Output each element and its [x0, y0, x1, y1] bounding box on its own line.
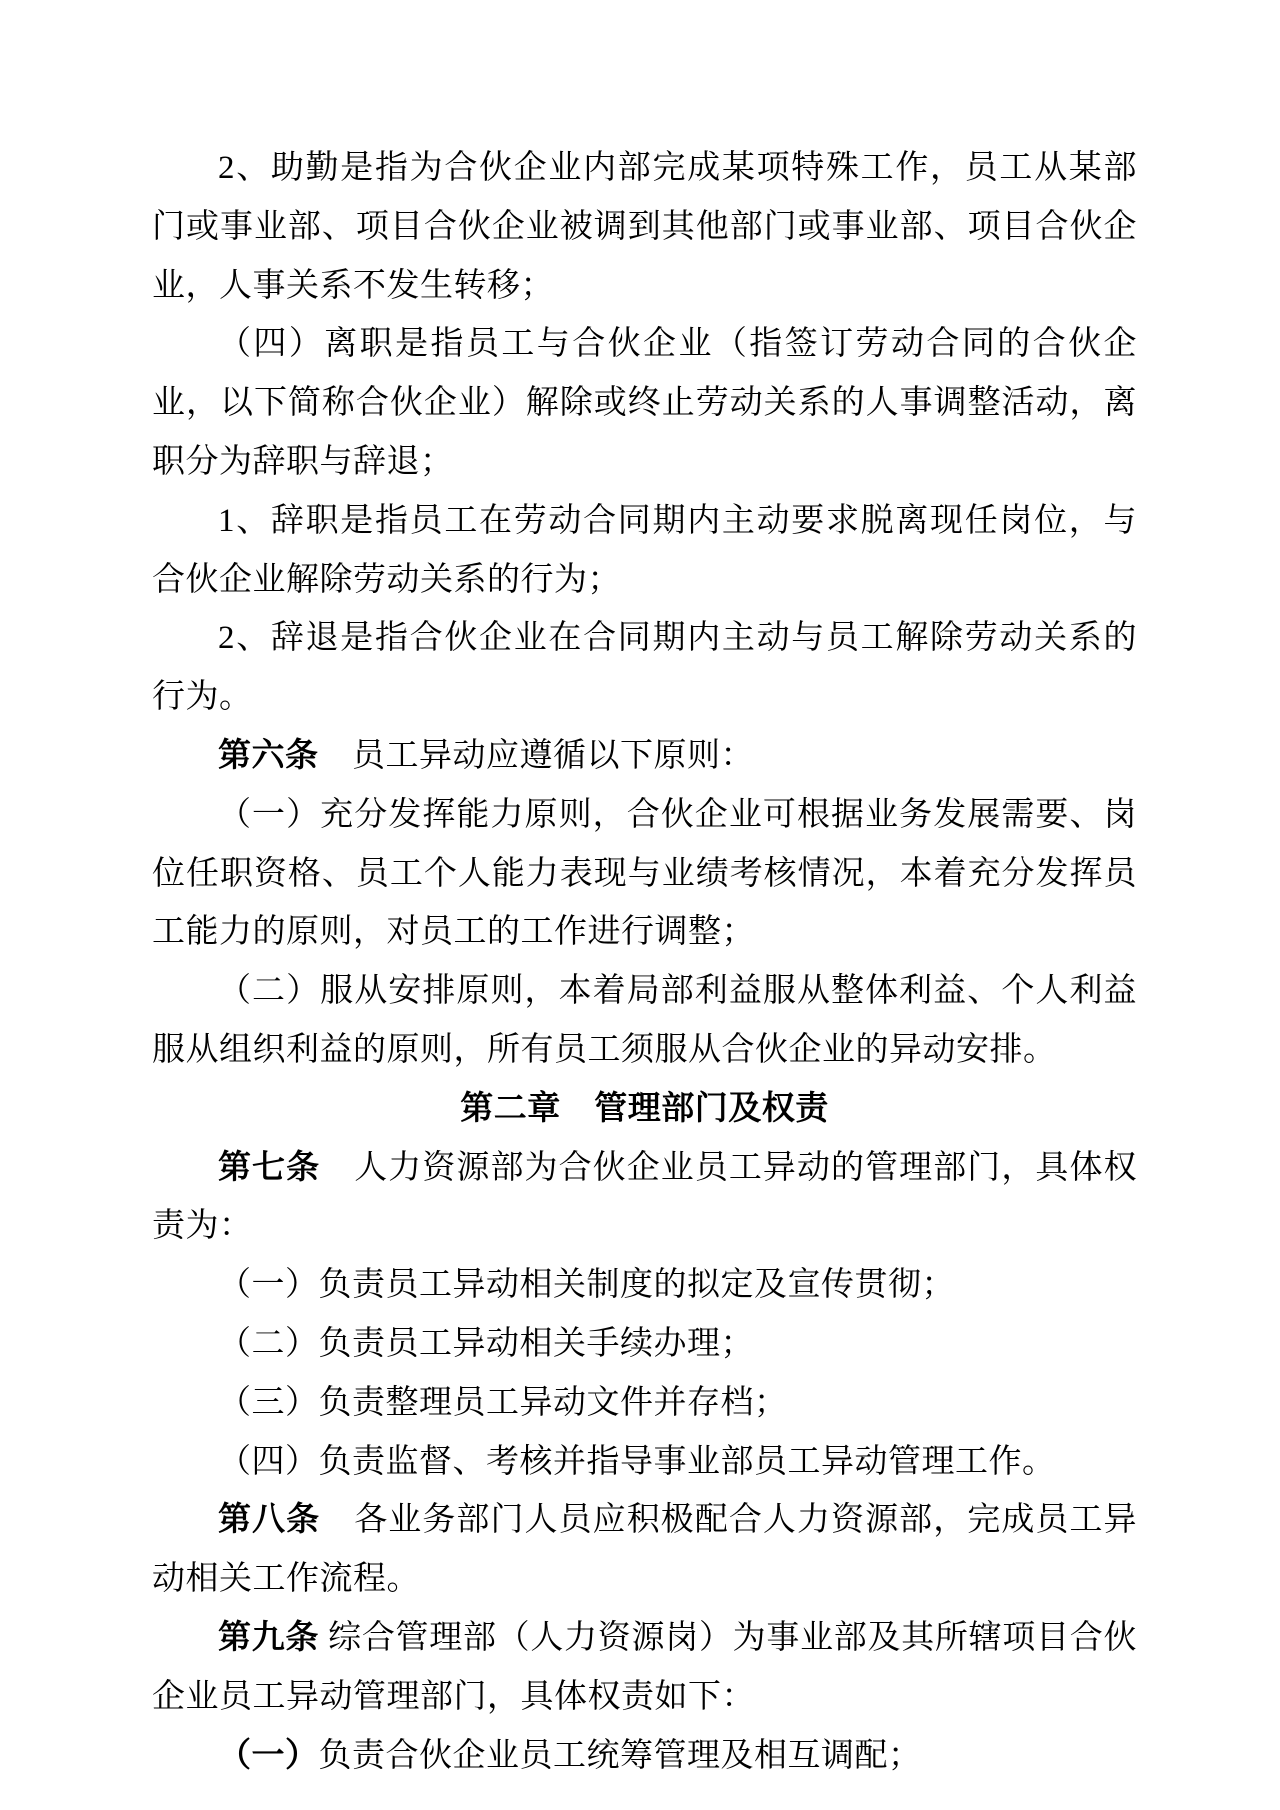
bold-text-run: 第二章 管理部门及权责 [460, 1091, 829, 1127]
paragraph: （二）服从安排原则，本着局部利益服从整体利益、个人利益服从组织利益的原则，所有员… [152, 962, 1137, 1080]
text-run: 2、助勤是指为合伙企业内部完成某项特殊工作，员工从某部门或事业部、项目合伙企业被… [152, 150, 1137, 304]
text-run: 员工异动应遵循以下原则： [319, 738, 755, 774]
paragraph: 第九条 综合管理部（人力资源岗）为事业部及其所辖项目合伙企业员工异动管理部门，具… [152, 1609, 1137, 1727]
text-run: （一）充分发挥能力原则，合伙企业可根据业务发展需要、岗位任职资格、员工个人能力表… [152, 797, 1137, 951]
document-page: 2、助勤是指为合伙企业内部完成某项特殊工作，员工从某部门或事业部、项目合伙企业被… [0, 0, 1280, 1810]
text-run: 负责合伙企业员工统筹管理及相互调配； [319, 1738, 922, 1774]
bold-text-run: 第七条 [218, 1150, 320, 1186]
document-body: 2、助勤是指为合伙企业内部完成某项特殊工作，员工从某部门或事业部、项目合伙企业被… [152, 139, 1137, 1785]
paragraph: （一）负责合伙企业员工统筹管理及相互调配； [152, 1727, 1137, 1786]
paragraph: （一）负责员工异动相关制度的拟定及宣传贯彻； [152, 1256, 1137, 1315]
text-run: （四）离职是指员工与合伙企业（指签订劳动合同的合伙企业，以下简称合伙企业）解除或… [152, 326, 1137, 480]
text-run: （三）负责整理员工异动文件并存档； [218, 1385, 788, 1421]
paragraph: （一）充分发挥能力原则，合伙企业可根据业务发展需要、岗位任职资格、员工个人能力表… [152, 786, 1137, 962]
paragraph: （四）负责监督、考核并指导事业部员工异动管理工作。 [152, 1433, 1137, 1492]
paragraph: （二）负责员工异动相关手续办理； [152, 1315, 1137, 1374]
text-run: 2、辞退是指合伙企业在合同期内主动与员工解除劳动关系的行为。 [152, 620, 1137, 715]
paragraph: 2、辞退是指合伙企业在合同期内主动与员工解除劳动关系的行为。 [152, 609, 1137, 727]
bold-text-run: 第六条 [218, 738, 319, 774]
paragraph: （四）离职是指员工与合伙企业（指签订劳动合同的合伙企业，以下简称合伙企业）解除或… [152, 315, 1137, 491]
paragraph: 1、辞职是指员工在劳动合同期内主动要求脱离现任岗位，与合伙企业解除劳动关系的行为… [152, 492, 1137, 610]
paragraph: 第六条 员工异动应遵循以下原则： [152, 727, 1137, 786]
paragraph: 2、助勤是指为合伙企业内部完成某项特殊工作，员工从某部门或事业部、项目合伙企业被… [152, 139, 1137, 315]
paragraph: 第八条 各业务部门人员应积极配合人力资源部，完成员工异动相关工作流程。 [152, 1491, 1137, 1609]
text-run: 1、辞职是指员工在劳动合同期内主动要求脱离现任岗位，与合伙企业解除劳动关系的行为… [152, 503, 1137, 598]
text-run: （四）负责监督、考核并指导事业部员工异动管理工作。 [218, 1444, 1056, 1480]
paragraph: 第七条 人力资源部为合伙企业员工异动的管理部门，具体权责为： [152, 1139, 1137, 1257]
text-run: （二）负责员工异动相关手续办理； [218, 1326, 754, 1362]
bold-text-run: 第九条 [218, 1620, 319, 1656]
bold-text-run: （一） [218, 1738, 319, 1774]
paragraph: （三）负责整理员工异动文件并存档； [152, 1374, 1137, 1433]
bold-text-run: 第八条 [218, 1502, 320, 1538]
text-run: （一）负责员工异动相关制度的拟定及宣传贯彻； [218, 1267, 955, 1303]
text-run: （二）服从安排原则，本着局部利益服从整体利益、个人利益服从组织利益的原则，所有员… [152, 973, 1137, 1068]
chapter-heading: 第二章 管理部门及权责 [152, 1080, 1137, 1139]
